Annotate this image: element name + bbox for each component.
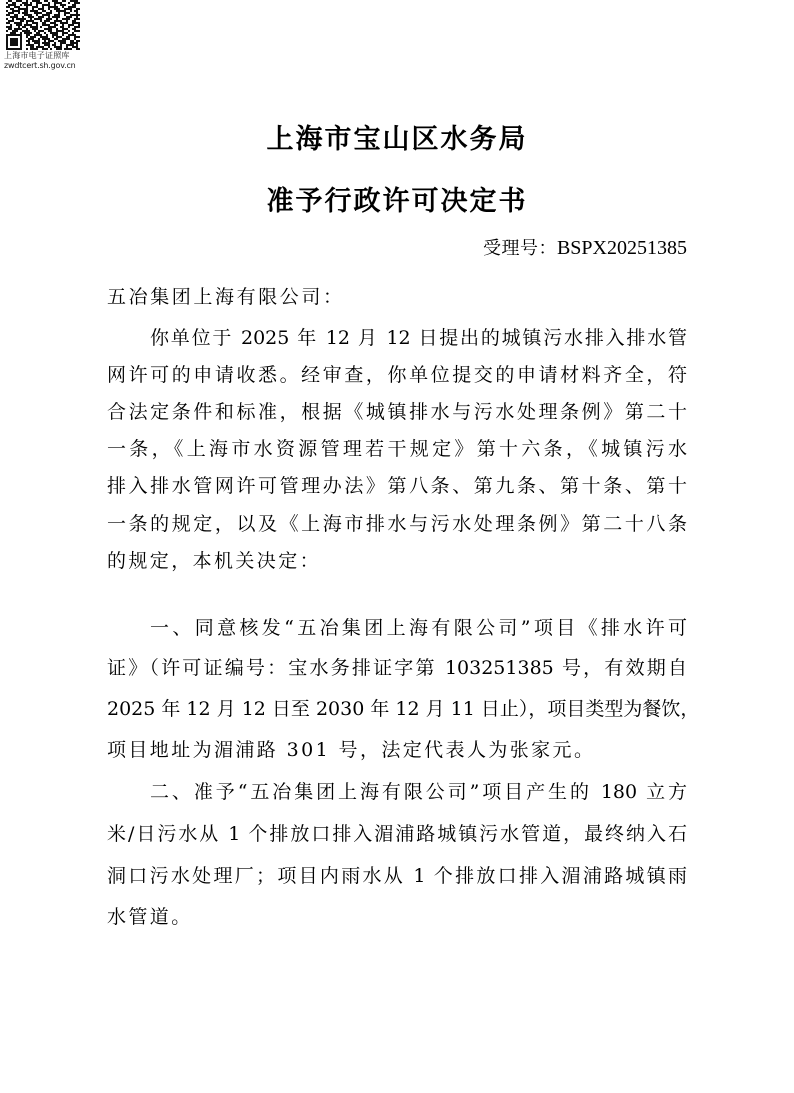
item2-line: 水管道。 — [107, 904, 687, 930]
receipt-number-line: 受理号：BSPX20251385 — [483, 235, 687, 262]
item2-line: 米/日污水从 1 个排放口排入湄浦路城镇污水管道，最终纳入石 — [107, 821, 687, 847]
paragraph1-line: 你单位于 2025 年 12 月 12 日提出的城镇污水排入排水管 — [150, 325, 687, 351]
item2-line: 二、准予“五冶集团上海有限公司”项目产生的 180 立方 — [150, 779, 687, 805]
issuer-title: 上海市宝山区水务局 — [0, 124, 794, 156]
paragraph1-line: 一条，《上海市水资源管理若干规定》第十六条，《城镇污水 — [107, 436, 687, 462]
paragraph1-line: 合法定条件和标准，根据《城镇排水与污水处理条例》第二十 — [107, 399, 687, 425]
receipt-number: BSPX20251385 — [557, 237, 687, 259]
qr-caption-registry: 上海市电子证照库 — [4, 51, 84, 60]
receipt-label: 受理号： — [483, 238, 557, 259]
item1-line: 证》（许可证编号：宝水务排证字第 103251385 号，有效期自 — [107, 655, 687, 681]
item2-line: 洞口污水处理厂；项目内雨水从 1 个排放口排入湄浦路城镇雨 — [107, 863, 687, 889]
document-title: 准予行政许可决定书 — [0, 186, 794, 218]
paragraph1-line: 一条的规定，以及《上海市排水与污水处理条例》第二十八条 — [107, 511, 687, 537]
addressee: 五冶集团上海有限公司： — [107, 284, 687, 310]
paragraph1-line: 网许可的申请收悉。经审查，你单位提交的申请材料齐全，符 — [107, 362, 687, 388]
qr-code-icon — [6, 0, 80, 50]
paragraph1-line: 排入排水管网许可管理办法》第八条、第九条、第十条、第十 — [107, 473, 687, 499]
item1-line: 一、同意核发“五冶集团上海有限公司”项目《排水许可 — [150, 615, 687, 641]
paragraph1-line: 的规定，本机关决定： — [107, 548, 687, 574]
item1-line: 项目地址为湄浦路 301 号，法定代表人为张家元。 — [107, 737, 687, 763]
item1-line: 2025 年 12 月 12 日至 2030 年 12 月 11 日止），项目类… — [107, 696, 687, 722]
qr-caption-url: zwdtcert.sh.gov.cn — [4, 61, 84, 70]
